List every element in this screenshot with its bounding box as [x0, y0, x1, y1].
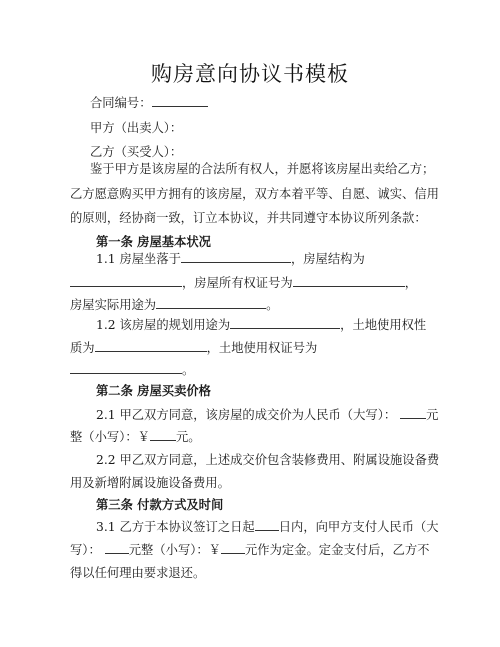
- clause-text: 质为: [70, 341, 95, 355]
- clause-3-1-line-1: 3.1 乙方于本协议签订之日起日内，向甲方支付人民币（大: [96, 519, 439, 535]
- clause-text: ，房屋结构为: [291, 252, 365, 266]
- price-uppercase-blank[interactable]: [400, 407, 426, 419]
- preamble-line-2: 乙方愿意购买甲方拥有的该房屋，双方本着平等、自愿、诚实、信用: [70, 186, 439, 202]
- clause-text: 3.1 乙方于本协议签订之日起: [96, 520, 255, 534]
- structure-blank[interactable]: [70, 275, 182, 287]
- location-blank[interactable]: [181, 251, 291, 263]
- deposit-numeric-blank[interactable]: [221, 542, 245, 554]
- clause-2-1-line-1: 2.1 甲乙双方同意，该房屋的成交价为人民币（大写）：元: [96, 407, 438, 423]
- contract-number-blank[interactable]: [152, 95, 208, 107]
- clause-text: 写）：: [70, 543, 101, 557]
- clause-text: 2.1 甲乙双方同意，该房屋的成交价为人民币（大写）：: [96, 408, 396, 422]
- clause-text: ，: [405, 276, 417, 290]
- section-2-heading: 第二条 房屋买卖价格: [96, 383, 211, 399]
- clause-3-1-line-3: 得以任何理由要求退还。: [70, 565, 205, 581]
- clause-text: ，土地使用权性: [340, 318, 426, 332]
- contract-number-label: 合同编号：: [90, 96, 152, 110]
- clause-text: 。: [182, 363, 194, 377]
- clause-1-2-line-1: 1.2 该房屋的规划用途为，土地使用权性: [96, 317, 426, 333]
- clause-text: 元作为定金。定金支付后，乙方不: [245, 543, 429, 557]
- clause-text: 房屋实际用途为: [70, 298, 156, 312]
- ownership-cert-blank[interactable]: [293, 275, 405, 287]
- document-title: 购房意向协议书模板: [0, 58, 500, 88]
- clause-2-2-line-1: 2.2 甲乙双方同意，上述成交价包含装修费用、附属设施设备费: [96, 452, 439, 468]
- clause-2-1-line-2: 整（小写）：￥元。: [70, 429, 201, 445]
- clause-1-1-line-1: 1.1 房屋坐落于，房屋结构为: [96, 251, 365, 267]
- clause-1-1-line-2: ，房屋所有权证号为，: [70, 275, 417, 291]
- party-b-label: 乙方（买受人）：: [90, 144, 182, 160]
- clause-text: ，土地使用权证号为: [207, 341, 318, 355]
- clause-2-2-line-2: 用及新增附属设施设备费用。: [70, 475, 230, 491]
- clause-3-1-line-2: 写）：元整（小写）：￥元作为定金。定金支付后，乙方不: [70, 542, 429, 558]
- clause-text: 1.2 该房屋的规划用途为: [96, 318, 230, 332]
- clause-1-1-line-3: 房屋实际用途为。: [70, 297, 278, 313]
- party-a-label: 甲方（出卖人）：: [90, 120, 182, 136]
- clause-text: 1.1 房屋坐落于: [96, 252, 181, 266]
- section-1-heading: 第一条 房屋基本状况: [96, 234, 211, 250]
- clause-text: 元: [426, 408, 438, 422]
- clause-text: 元。: [176, 430, 201, 444]
- land-use-nature-blank[interactable]: [95, 340, 207, 352]
- clause-text: 元整（小写）：￥: [129, 543, 221, 557]
- actual-use-blank[interactable]: [156, 297, 266, 309]
- preamble-line-1: 鉴于甲方是该房屋的合法所有权人，并愿将该房屋出卖给乙方；: [90, 161, 434, 177]
- days-blank[interactable]: [255, 519, 279, 531]
- deposit-uppercase-blank[interactable]: [105, 542, 129, 554]
- contract-number-line: 合同编号：: [90, 95, 208, 111]
- price-numeric-blank[interactable]: [150, 429, 176, 441]
- land-cert-blank[interactable]: [70, 362, 182, 374]
- clause-text: 。: [266, 298, 278, 312]
- clause-1-2-line-2: 质为，土地使用权证号为: [70, 340, 317, 356]
- clause-text: 整（小写）：￥: [70, 430, 150, 444]
- section-3-heading: 第三条 付款方式及时间: [96, 497, 223, 513]
- preamble-line-3: 的原则，经协商一致，订立本协议，并共同遵守本协议所列条款：: [70, 210, 427, 226]
- clause-1-2-line-3: 。: [70, 362, 194, 378]
- clause-text: ，房屋所有权证号为: [182, 276, 293, 290]
- clause-text: 日内，向甲方支付人民币（大: [279, 520, 439, 534]
- planned-use-blank[interactable]: [230, 317, 340, 329]
